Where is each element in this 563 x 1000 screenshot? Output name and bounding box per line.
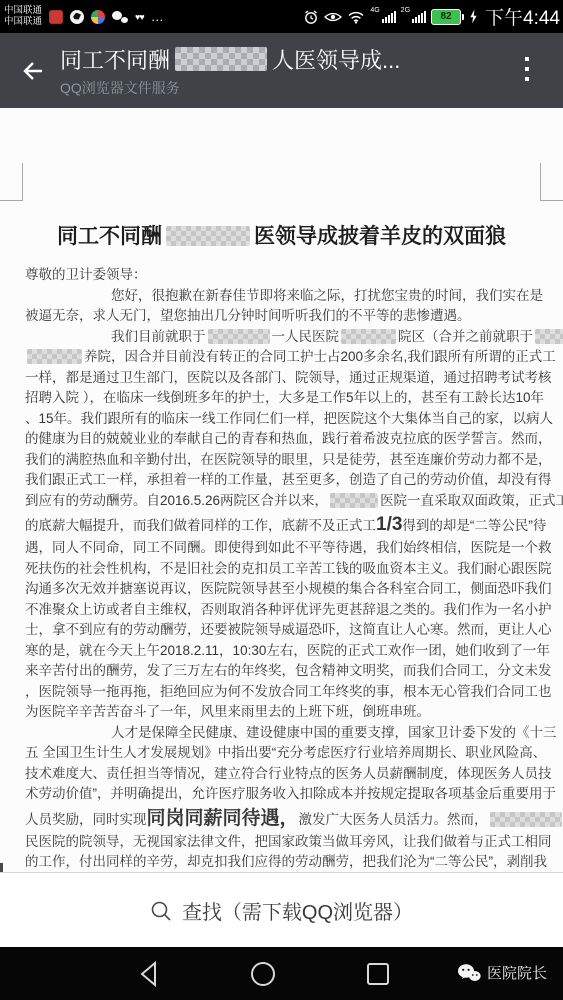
wifi-icon <box>347 10 365 24</box>
document-line: 民医院的院领导，无视国家法律文件，把国家政策当做耳旁风，让我们做着与正式工相同 <box>25 832 538 853</box>
redaction-mosaic <box>175 47 267 71</box>
network-4g-label: 4G <box>370 7 379 14</box>
clock-label: 下午4:44 <box>485 3 560 30</box>
body-text: 、15年。我们跟所有的临床一线工作同仁们一样，把医院这个大集体当自己的家，以病人 <box>25 411 553 426</box>
body-text: 五 全国卫生计生人才发展规划》中指出要“充分考虑医疗行业培养周期长、职业风险高、 <box>25 745 546 760</box>
document-line: 人员奖励，同时实现同岗同薪同待遇，激发广大医务人员活力。然而，人 <box>25 805 538 832</box>
document-line: 我们目前就职于一人民医院院区（合并之前就职于 <box>25 327 538 348</box>
page-corner-mark-right <box>540 163 563 201</box>
watermark-label: 医院院长 <box>487 962 547 983</box>
network-2g-label: 2G <box>401 7 410 14</box>
document-line: 为医院辛辛苦苦奋斗了一年，风里来雨里去的上班下班，倒班串班。 <box>25 702 538 723</box>
document-line: 我们的满腔热血和辛勤付出，在医院领导的眼里，只是徒劳，甚至连廉价劳动力都不是， <box>25 450 538 471</box>
redaction-mosaic <box>341 329 396 344</box>
body-text: 士，拿不到应有的劳动酬劳，还要被院领导威逼恐吓，这简直让人心寒。然而，更让人心 <box>25 622 552 637</box>
body-text: 我们的满腔热血和辛勤付出，在医院领导的眼里，只是徒劳，甚至连廉价劳动力都不是， <box>25 452 552 467</box>
body-text: 医院一直采取双面政策，正式工 <box>380 493 563 508</box>
document-line: 招聘入院 ），在临床一线倒班多年的护士，大多是工作5年以上的，甚至有工龄长达10… <box>25 388 538 409</box>
nav-home-button[interactable] <box>249 960 277 988</box>
find-bar[interactable]: 查找（需下载QQ浏览器） <box>0 872 563 948</box>
page-corner-mark-left <box>0 163 23 201</box>
document-title-suffix: 医领导成披着羊皮的双面狼 <box>254 225 506 248</box>
document-line: 的工作，付出同样的辛劳，却克扣我们应得的劳动酬劳，把我们沦为“二等公民”，剥削我 <box>25 852 538 872</box>
charging-icon <box>469 10 478 24</box>
notification-icons: ♥♥ … <box>49 9 165 24</box>
redaction-mosaic <box>490 812 562 827</box>
document-lines: 尊敬的卫计委领导：您好，很抱歉在新春佳节即将来临之际，打扰您宝贵的时间，我们实在… <box>25 265 538 872</box>
body-text: 院区（合并之前就职于 <box>398 329 533 344</box>
wechat-icon <box>457 963 481 983</box>
body-text: 的健康为目的兢兢业业的奉献自己的青春和热血，践行着希波克拉底的医学誓言。然而， <box>25 431 552 446</box>
alarm-icon <box>303 9 319 25</box>
document-line: 被逼无奈，求人无门，望您抽出几分钟时间听听我们的不平等的悲惨遭遇。 <box>25 306 538 327</box>
body-text: 我们跟正式工一样，承担着一样的工作量，甚至更多，创造了自己的劳动价值，却没有得 <box>25 472 552 487</box>
back-button[interactable] <box>16 54 50 88</box>
document-line: 养院，因合并目前没有转正的合同工护士占200多余名,我们跟所有所谓的正式工 <box>25 347 538 368</box>
eye-protection-icon <box>324 10 342 24</box>
hearts-notification-icon: ♥♥ <box>135 12 144 22</box>
battery-cap <box>462 14 464 20</box>
body-text: 的工作，付出同样的辛劳，却克扣我们应得的劳动酬劳，把我们沦为“二等公民”，剥削我 <box>25 854 547 869</box>
app-header: 同工不同酬 人医领导成... QQ浏览器文件服务 <box>0 33 563 108</box>
body-text: 寒的是，就在今天上午2018.2.11，10:30左右，医院的正式工欢作一团，她… <box>25 643 550 658</box>
nav-recents-button[interactable] <box>364 960 392 988</box>
document-line: 不准聚众上访或者自主维权，否则取消各种评优评先更甚辞退之类的。我们作为一名小护 <box>25 600 538 621</box>
battery-percent: 82 <box>440 11 451 22</box>
body-text: 被逼无奈，求人无门，望您抽出几分钟时间听听我们的不平等的悲惨遭遇。 <box>25 308 471 323</box>
document-line: 一样，都是通过卫生部门，医院以及各部门、院领导，通过正规渠道，通过招聘考试考核 <box>25 368 538 389</box>
phone-screen: 中国联通 中国联通 ♥♥ … <box>0 0 563 1000</box>
battery-indicator: 82 <box>431 9 461 25</box>
document-title: 同工不同酬医领导成披着羊皮的双面狼 <box>0 220 563 250</box>
signal-2g-icon <box>412 10 426 23</box>
body-text: 您好，很抱歉在新春佳节即将来临之际，打扰您宝贵的时间，我们实在是 <box>111 288 543 303</box>
header-title-suffix: 人医领导成... <box>272 44 400 75</box>
redaction-mosaic <box>166 226 250 246</box>
body-text: 尊敬的卫计委领导： <box>25 267 147 282</box>
red-app-notification-icon <box>49 10 63 24</box>
emphasized-text: 同岗同薪同待遇， <box>147 808 299 829</box>
document-line: 的底薪大幅提升，而我们做着同样的工作，底薪不及正式工1/3得到的却是“二等公民”… <box>25 511 538 538</box>
overflow-menu-button[interactable] <box>525 57 529 81</box>
body-text: 死扶伤的社会性机构，不是旧社会的克扣员工辛苦工钱的吸血资本主义。我们耐心跟医院 <box>25 561 552 576</box>
browser-app-notification-icon <box>91 10 105 24</box>
document-line: ，医院领导一拖再拖，拒绝回应为何不发放合同工年终奖的事，根本无心管我们合同工也 <box>25 682 538 703</box>
emphasized-text: 1/3 <box>376 514 402 535</box>
body-text: 养院，因合并目前没有转正的合同工护士占200多余名,我们跟所有所谓的正式工 <box>84 349 556 364</box>
document-line: 的健康为目的兢兢业业的奉献自己的青春和热血，践行着希波克拉底的医学誓言。然而， <box>25 429 538 450</box>
document-view[interactable]: 同工不同酬医领导成披着羊皮的双面狼 尊敬的卫计委领导：您好，很抱歉在新春佳节即将… <box>0 108 563 872</box>
document-line: 沟通多次无效并搪塞说再议，医院院领导甚至小规模的集合各科室合同工，侧面恐吓我们 <box>25 579 538 600</box>
body-text: ，医院领导一拖再拖，拒绝回应为何不发放合同工年终奖的事，根本无心管我们合同工也 <box>25 684 552 699</box>
body-text: 不准聚众上访或者自主维权，否则取消各种评优评先更甚辞退之类的。我们作为一名小护 <box>25 602 552 617</box>
body-text: 得到的却是“二等公民”待 <box>402 518 546 533</box>
body-text: 一样，都是通过卫生部门，医院以及各部门、院领导，通过正规渠道，通过招聘考试考核 <box>25 370 552 385</box>
signal-4g-icon <box>382 10 396 23</box>
redaction-mosaic <box>535 329 563 344</box>
document-line: 我们跟正式工一样，承担着一样的工作量，甚至更多，创造了自己的劳动价值，却没有得 <box>25 470 538 491</box>
body-text: 沟通多次无效并搪塞说再议，医院院领导甚至小规模的集合各科室合同工，侧面恐吓我们 <box>25 581 552 596</box>
nav-back-button[interactable] <box>136 960 164 988</box>
document-line: 术劳动价值”，并明确提出，允许医疗服务收入扣除成本并按规定提取各项基金后重要用于 <box>25 784 538 805</box>
document-line: 寒的是，就在今天上午2018.2.11，10:30左右，医院的正式工欢作一团，她… <box>25 641 538 662</box>
document-line: 遇，同人不同命，同工不同酬。即使得到如此不平等待遇，我们始终相信，医院是一个救 <box>25 538 538 559</box>
find-label: 查找（需下载QQ浏览器） <box>182 896 413 925</box>
document-line: 、15年。我们跟所有的临床一线工作同仁们一样，把医院这个大集体当自己的家，以病人 <box>25 409 538 430</box>
document-line: 到应有的劳动酬劳。自2016.5.26两院区合并以来，医院一直采取双面政策，正式… <box>25 491 538 512</box>
header-titles: 同工不同酬 人医领导成... QQ浏览器文件服务 <box>60 44 400 98</box>
back-arrow-icon <box>21 59 45 83</box>
watermark: 医院院长 <box>457 962 547 983</box>
body-text: 人员奖励，同时实现 <box>25 812 147 827</box>
body-text: 民医院的院领导，无视国家法律文件，把国家政策当做耳旁风，让我们做着与正式工相同 <box>25 834 552 849</box>
body-text: 的底薪大幅提升，而我们做着同样的工作，底薪不及正式工 <box>25 518 376 533</box>
body-text: 人才是保障全民健康、建设健康中国的重要支撑，国家卫计委下发的《十三 <box>111 725 557 740</box>
status-bar: 中国联通 中国联通 ♥♥ … <box>0 0 563 33</box>
body-text: 激发广大医务人员活力。然而， <box>299 812 488 827</box>
carrier-label: 中国联通 中国联通 <box>0 6 42 27</box>
wechat-notification-icon <box>112 10 128 24</box>
document-line: 人才是保障全民健康、建设健康中国的重要支撑，国家卫计委下发的《十三 <box>25 723 538 744</box>
body-text: 我们目前就职于 <box>111 329 206 344</box>
document-line: 五 全国卫生计生人才发展规划》中指出要“充分考虑医疗行业培养周期长、职业风险高、 <box>25 743 538 764</box>
navigation-bar: 医院院长 <box>0 947 563 1000</box>
body-text: 到应有的劳动酬劳。自2016.5.26两院区合并以来， <box>25 493 328 508</box>
body-text: 为医院辛辛苦苦奋斗了一年，风里来雨里去的上班下班，倒班串班。 <box>25 704 430 719</box>
document-title-prefix: 同工不同酬 <box>57 225 162 248</box>
body-text: 技术难度大、责任担当等情况，建立符合行业特点的医务人员薪酬制度，体现医务人员技 <box>25 766 552 781</box>
carrier-line-2: 中国联通 <box>4 17 42 28</box>
bird-app-notification-icon <box>70 10 84 24</box>
document-line: 尊敬的卫计委领导： <box>25 265 538 286</box>
document-line: 来辛苦付出的酬劳，发了三万左右的年终奖，包含精神文明奖，而我们合同工，分文未发 <box>25 661 538 682</box>
document-line: 您好，很抱歉在新春佳节即将来临之际，打扰您宝贵的时间，我们实在是 <box>25 286 538 307</box>
document-line: 技术难度大、责任担当等情况，建立符合行业特点的医务人员薪酬制度，体现医务人员技 <box>25 764 538 785</box>
redaction-mosaic <box>208 329 270 344</box>
carrier-line-1: 中国联通 <box>4 6 42 17</box>
redaction-mosaic <box>27 349 82 364</box>
document-line: 士，拿不到应有的劳动酬劳，还要被院领导威逼恐吓，这简直让人心寒。然而，更让人心 <box>25 620 538 641</box>
search-icon <box>150 900 172 922</box>
header-title: 同工不同酬 人医领导成... <box>60 44 400 75</box>
body-text: 招聘入院 ），在临床一线倒班多年的护士，大多是工作5年以上的，甚至有工龄长达10… <box>25 390 544 405</box>
more-notifications-indicator: … <box>151 9 165 24</box>
body-text: 来辛苦付出的酬劳，发了三万左右的年终奖，包含精神文明奖，而我们合同工，分文未发 <box>25 663 552 678</box>
body-text: 一人民医院 <box>272 329 340 344</box>
page-edge-mark <box>0 863 3 872</box>
body-text: 术劳动价值”，并明确提出，允许医疗服务收入扣除成本并按规定提取各项基金后重要用于 <box>25 786 556 801</box>
header-title-prefix: 同工不同酬 <box>60 44 170 75</box>
redaction-mosaic <box>330 493 378 508</box>
document-line: 死扶伤的社会性机构，不是旧社会的克扣员工辛苦工钱的吸血资本主义。我们耐心跟医院 <box>25 559 538 580</box>
header-subtitle: QQ浏览器文件服务 <box>60 78 400 98</box>
body-text: 遇，同人不同命，同工不同酬。即使得到如此不平等待遇，我们始终相信，医院是一个救 <box>25 540 552 555</box>
